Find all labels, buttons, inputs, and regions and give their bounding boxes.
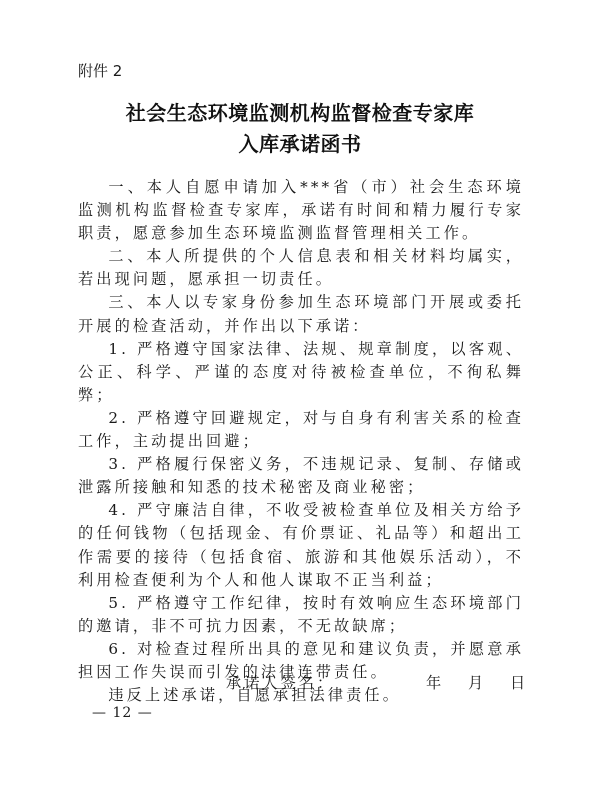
signature-label: 承诺人签名： [226,672,335,693]
date-day-label: 日 [510,672,528,693]
page-number: — 12 — [92,705,153,721]
commitment-item-4: 4. 严守廉洁自律，不收受被检查单位及相关方给予的任何钱物（包括现金、有价票证、… [78,499,524,591]
document-title-line-2: 入库承诺函书 [0,128,600,157]
attachment-label: 附件 2 [78,60,122,81]
commitment-item-5: 5. 严格遵守工作纪律，按时有效响应生态环境部门的邀请，非不可抗力因素，不无故缺… [78,592,524,638]
date-year-label: 年 [426,672,444,693]
date-month-label: 月 [468,672,486,693]
paragraph-2: 二、本人所提供的个人信息表和相关材料均属实，若出现问题，愿承担一切责任。 [78,245,524,291]
commitment-item-3: 3. 严格履行保密义务，不违规记录、复制、存储或泄露所接触和知悉的技术秘密及商业… [78,453,524,499]
commitment-item-2: 2. 严格遵守回避规定，对与自身有利害关系的检查工作，主动提出回避； [78,407,524,453]
document-title-line-1: 社会生态环境监测机构监督检查专家库 [0,97,600,126]
paragraph-3: 三、本人以专家身份参加生态环境部门开展或委托开展的检查活动，并作出以下承诺： [78,291,524,337]
commitment-item-1: 1. 严格遵守国家法律、法规、规章制度，以客观、公正、科学、严谨的态度对待被检查… [78,338,524,407]
paragraph-1: 一、本人自愿申请加入***省（市）社会生态环境监测机构监督检查专家库，承诺有时间… [78,176,524,245]
document-body: 一、本人自愿申请加入***省（市）社会生态环境监测机构监督检查专家库，承诺有时间… [78,176,524,707]
